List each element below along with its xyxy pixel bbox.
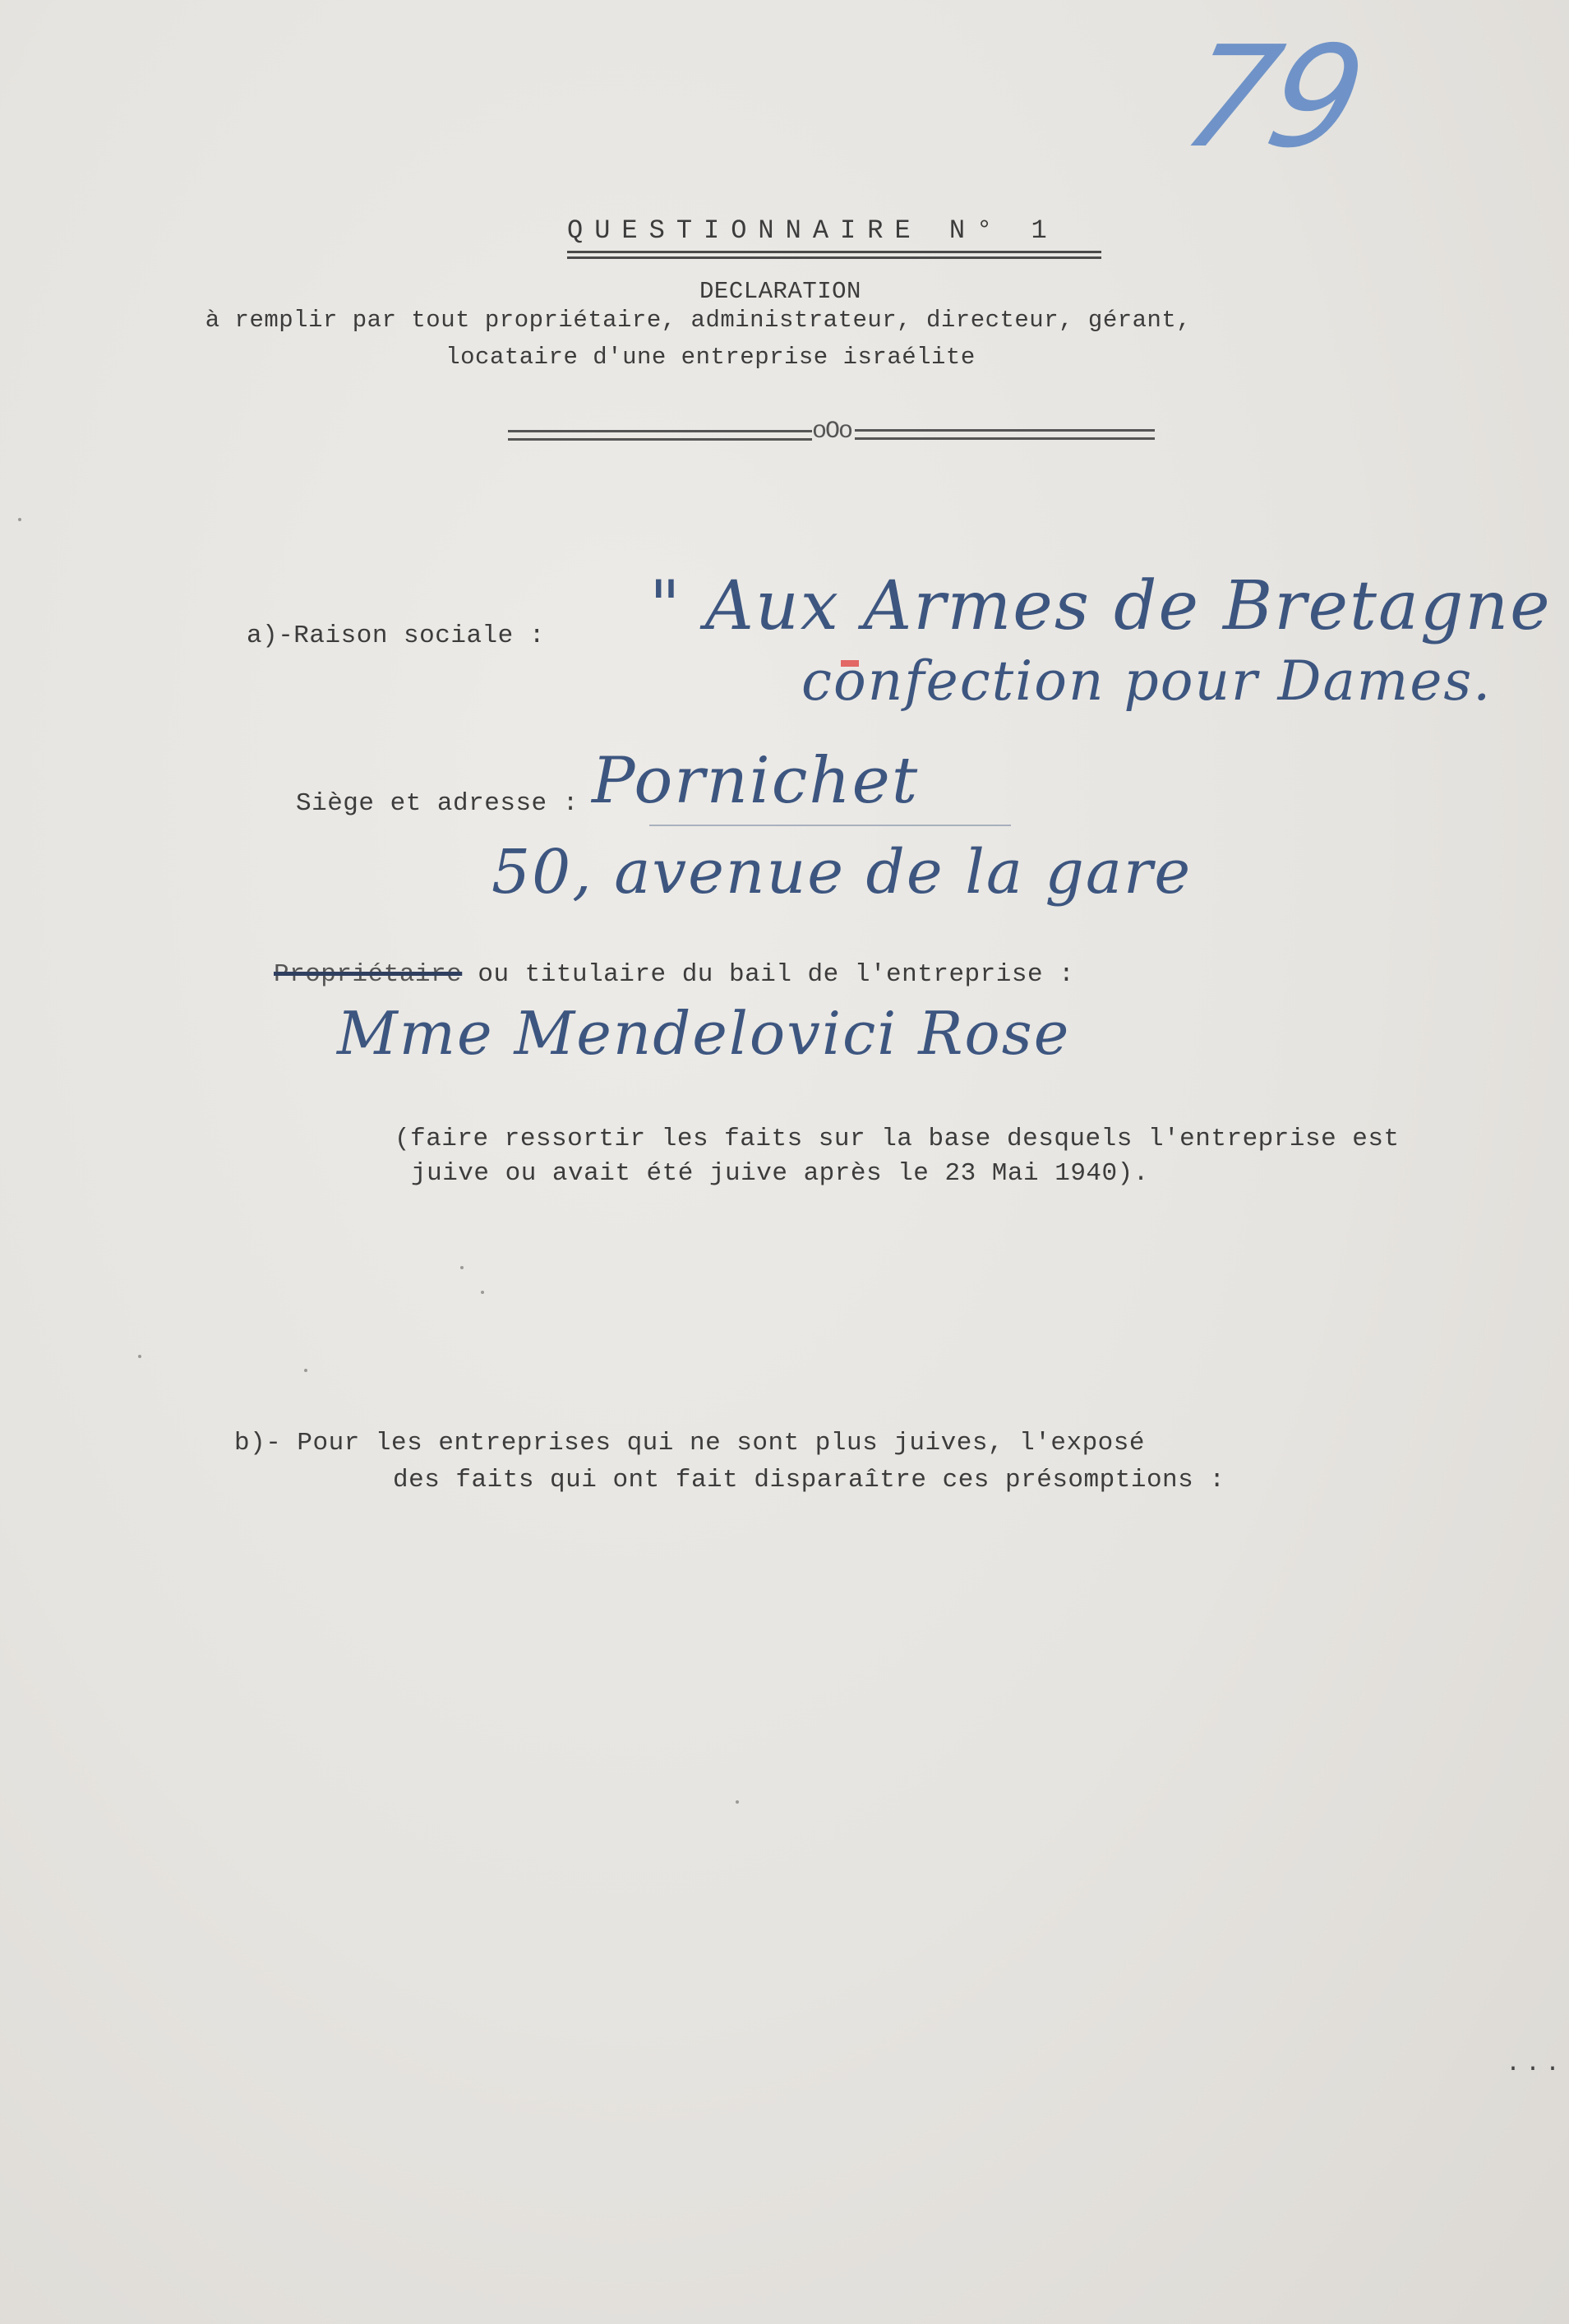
section-b-label-line1: b)- Pour les entreprises qui ne sont plu…	[234, 1429, 1145, 1458]
proprietaire-struck-label: Propriétaire	[274, 960, 462, 989]
note-line1: (faire ressortir les faits sur la base d…	[395, 1125, 1400, 1153]
raison-sociale-value-line1: " Aux Armes de Bretagne	[649, 567, 1552, 645]
paper-speck	[18, 518, 21, 521]
questionnaire-title: QUESTIONNAIRE N° 1	[567, 215, 1059, 246]
separator-right-rule-top	[855, 429, 1155, 432]
title-underline-top	[567, 251, 1101, 253]
raison-sociale-value-line2: confection pour Dames.	[801, 649, 1492, 713]
siege-adresse-label: Siège et adresse :	[296, 789, 579, 818]
address-city: Pornichet	[592, 744, 919, 818]
address-underline-stroke	[649, 825, 1011, 826]
note-line2: juive ou avait été juive après le 23 Mai…	[411, 1159, 1149, 1188]
address-street: 50, avenue de la gare	[491, 837, 1192, 908]
paper-speck	[138, 1355, 141, 1358]
paper-speck	[481, 1291, 484, 1294]
paper-speck	[460, 1266, 464, 1269]
continuation-dots: ....	[1506, 2050, 1569, 2078]
holder-name: Mme Mendelovici Rose	[337, 999, 1070, 1068]
declaration-description-line2: locataire d'une entreprise israélite	[0, 344, 1495, 371]
paper-speck	[736, 1800, 739, 1804]
document-page: 79 QUESTIONNAIRE N° 1 DECLARATION à remp…	[0, 0, 1569, 2324]
title-underline-bottom	[567, 256, 1101, 259]
titulaire-bail-label: ou titulaire du bail de l'entreprise :	[478, 960, 1074, 989]
separator-left-rule-top	[508, 430, 812, 432]
page-number: 79	[1170, 16, 1373, 179]
separator-left-rule-bottom	[508, 438, 812, 441]
declaration-heading: DECLARATION	[0, 278, 1565, 305]
raison-sociale-label: a)-Raison sociale :	[247, 621, 545, 650]
holder-label-row: Propriétaire ou titulaire du bail de l'e…	[274, 960, 1074, 989]
separator-right-rule-bottom	[855, 437, 1155, 440]
declaration-description-line1: à remplir par tout propriétaire, adminis…	[0, 307, 1483, 334]
paper-speck	[304, 1369, 307, 1372]
section-b-label-line2: des faits qui ont fait disparaître ces p…	[393, 1466, 1225, 1495]
separator-ornament: oOo	[812, 418, 851, 446]
